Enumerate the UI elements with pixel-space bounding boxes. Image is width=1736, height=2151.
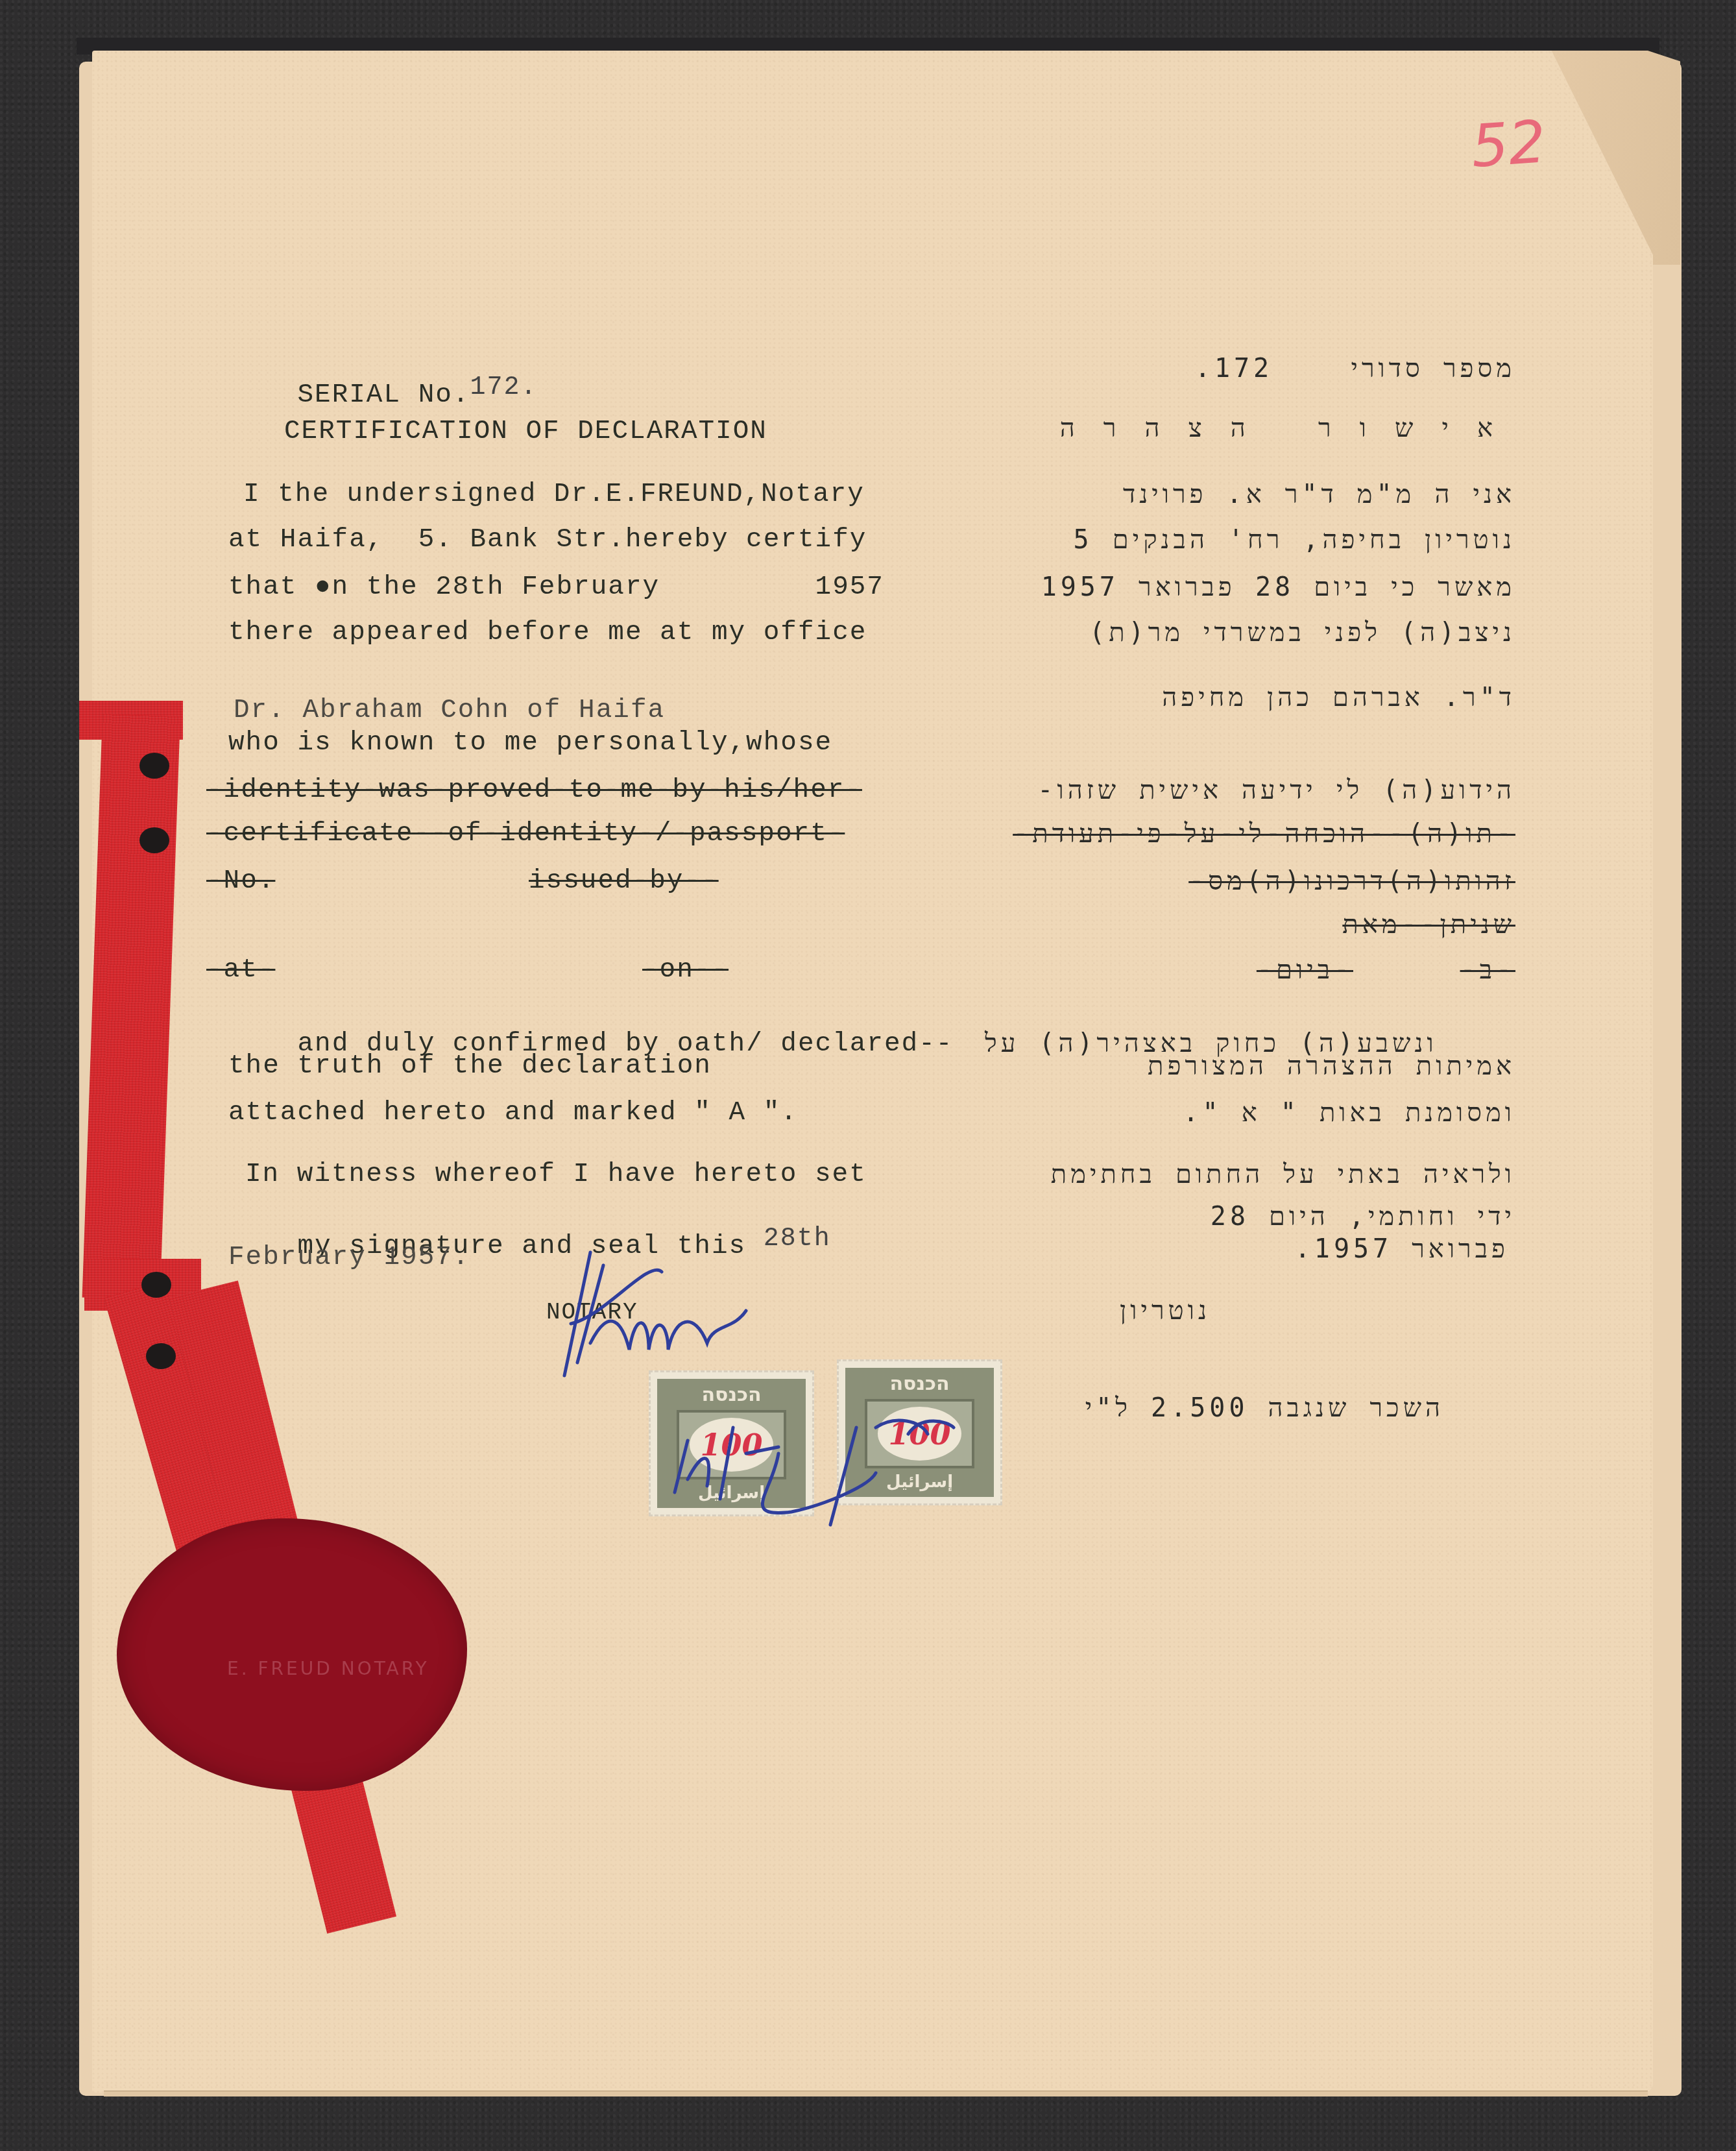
hebrew-title: א י ש ו ר ה צ ה ר ה (1060, 415, 1499, 441)
notary-signature (551, 1246, 811, 1389)
serial-label: SERIAL No. (297, 380, 470, 410)
hebrew-marked-line: ומסומנת באות " א ". (1183, 1100, 1515, 1126)
hebrew-struck-1: -תו(ה)--הוכחה-לי-על-פי-תעודת- (1013, 821, 1515, 847)
hebrew-struck-2: זהותו(ה)דרכונו(ה)מס- (1188, 868, 1515, 894)
punch-hole (139, 827, 169, 853)
hebrew-witness-line: ולראיה באתי על החתום בחתימת (1051, 1161, 1515, 1187)
struck-identity-line: -identity-was-proved-to-me-by-his/her- (206, 777, 862, 804)
punch-hole (146, 1343, 176, 1369)
struck-issued-by-field: issued-by-- (529, 868, 719, 895)
punch-hole (141, 1272, 171, 1298)
hebrew-signature-line: ידי וחותמי, היום 28 (1211, 1204, 1515, 1230)
punch-hole (139, 753, 169, 779)
attached-line: attached hereto and marked " A ". (228, 1100, 798, 1126)
page-bottom-edge (104, 2091, 1648, 2096)
struck-certificate-line: -certificate--of-identity-/-passport- (206, 821, 845, 847)
signature-date: February 1957. (228, 1245, 470, 1271)
seal-impression: E. FREUD NOTARY (227, 1658, 429, 1679)
hebrew-serial: מספר סדורי 172. (1195, 356, 1515, 382)
witness-line: In witness whereof I have hereto set (245, 1161, 867, 1188)
document-title: CERTIFICATION OF DECLARATION (284, 419, 767, 445)
hebrew-struck-5: -ביום- (1257, 957, 1353, 983)
hebrew-line-4: ניצב(ה) לפני במשרדי מר(ת) (1089, 620, 1515, 646)
struck-on-field: -on-- (642, 957, 729, 984)
declared-struck: declared-- (780, 1029, 953, 1059)
hebrew-oath-end: על (985, 1028, 1019, 1058)
hebrew-notary-label: נוטריון (1120, 1298, 1211, 1324)
hebrew-truth-line: אמיתות ההצהרה המצורפת (1148, 1053, 1515, 1079)
struck-no-field: -No. (206, 868, 275, 895)
hebrew-date-line: פברואר 1957. (1295, 1236, 1509, 1262)
body-line-4: there appeared before me at my office (228, 620, 867, 646)
struck-at-field: -at- (206, 957, 275, 984)
serial-number: 172. (470, 373, 537, 402)
hebrew-struck-3: שניתן--מאת (1342, 912, 1515, 938)
truth-line: the truth of the declaration (228, 1053, 712, 1080)
body-line-1: I the undersigned Dr.E.FREUND,Notary (243, 481, 865, 508)
hebrew-appearer: ד"ר. אברהם כהן מחיפה (1162, 685, 1515, 711)
fee-line: השכר שנגבה 2.500 ל"י (1085, 1395, 1444, 1421)
appearer-name: Dr. Abraham Cohn of Haifa (234, 698, 665, 724)
body-line-2: at Haifa, 5. Bank Str.hereby certify (228, 527, 867, 553)
hebrew-line-3: מאשר כי ביום 28 פברואר 1957 (1041, 574, 1515, 600)
hebrew-known: הידוע(ה) לי ידיעה אישית שזהו- (1037, 777, 1515, 803)
page-number: 52 (1469, 108, 1548, 181)
known-line: who is known to me personally,whose (228, 730, 832, 757)
body-line-3: that ●n the 28th February 1957 (228, 574, 884, 601)
hebrew-struck-4: -ב- (1460, 957, 1515, 983)
hebrew-line-2: נוטריון בחיפה, רח' הבנקים 5 (1074, 527, 1515, 553)
stamp-cancellation-signature (662, 1389, 1025, 1531)
hebrew-line-1: אני ה מ"מ ד"ר א. פרוינד (1123, 481, 1515, 507)
